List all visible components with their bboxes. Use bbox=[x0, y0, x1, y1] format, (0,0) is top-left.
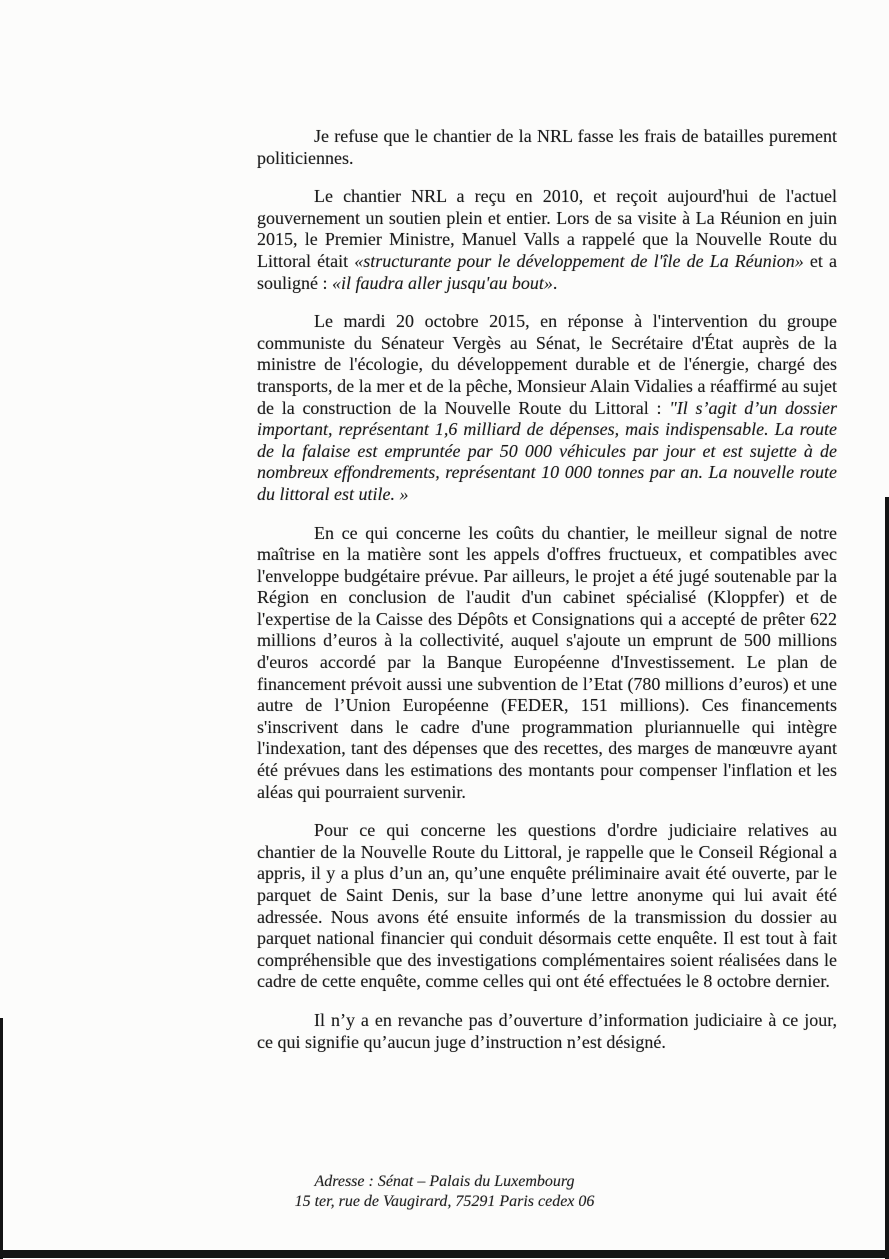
scanned-letter-page: Je refuse que le chantier de la NRL fass… bbox=[0, 0, 889, 1259]
page-footer: Adresse : Sénat – Palais du Luxembourg 1… bbox=[0, 1172, 889, 1211]
body-run: En ce qui concerne les coûts du chantier… bbox=[257, 523, 837, 802]
quoted-italic-text: «il faudra aller jusqu'au bout» bbox=[332, 273, 553, 293]
body-run: . bbox=[553, 273, 558, 293]
body-run: Je refuse que le chantier de la NRL fass… bbox=[257, 126, 837, 168]
body-run: Pour ce qui concerne les questions d'ord… bbox=[257, 820, 837, 991]
paragraph-4: En ce qui concerne les coûts du chantier… bbox=[257, 523, 837, 804]
scan-artifact-bottom-edge bbox=[0, 1250, 887, 1258]
paragraph-5: Pour ce qui concerne les questions d'ord… bbox=[257, 820, 837, 993]
paragraph-6: Il n’y a en revanche pas d’ouverture d’i… bbox=[257, 1010, 837, 1053]
paragraph-1: Je refuse que le chantier de la NRL fass… bbox=[257, 126, 837, 169]
quoted-italic-text: «structurante pour le développement de l… bbox=[354, 251, 804, 271]
body-text: Je refuse que le chantier de la NRL fass… bbox=[257, 126, 837, 1053]
scan-artifact-left-edge bbox=[0, 1018, 3, 1259]
footer-address-line-2: 15 ter, rue de Vaugirard, 75291 Paris ce… bbox=[0, 1192, 889, 1212]
paragraph-3: Le mardi 20 octobre 2015, en réponse à l… bbox=[257, 311, 837, 505]
footer-address-line-1: Adresse : Sénat – Palais du Luxembourg bbox=[0, 1172, 889, 1192]
body-run: Il n’y a en revanche pas d’ouverture d’i… bbox=[257, 1010, 837, 1052]
scan-artifact-right-edge bbox=[885, 497, 889, 1259]
paragraph-2: Le chantier NRL a reçu en 2010, et reçoi… bbox=[257, 186, 837, 294]
